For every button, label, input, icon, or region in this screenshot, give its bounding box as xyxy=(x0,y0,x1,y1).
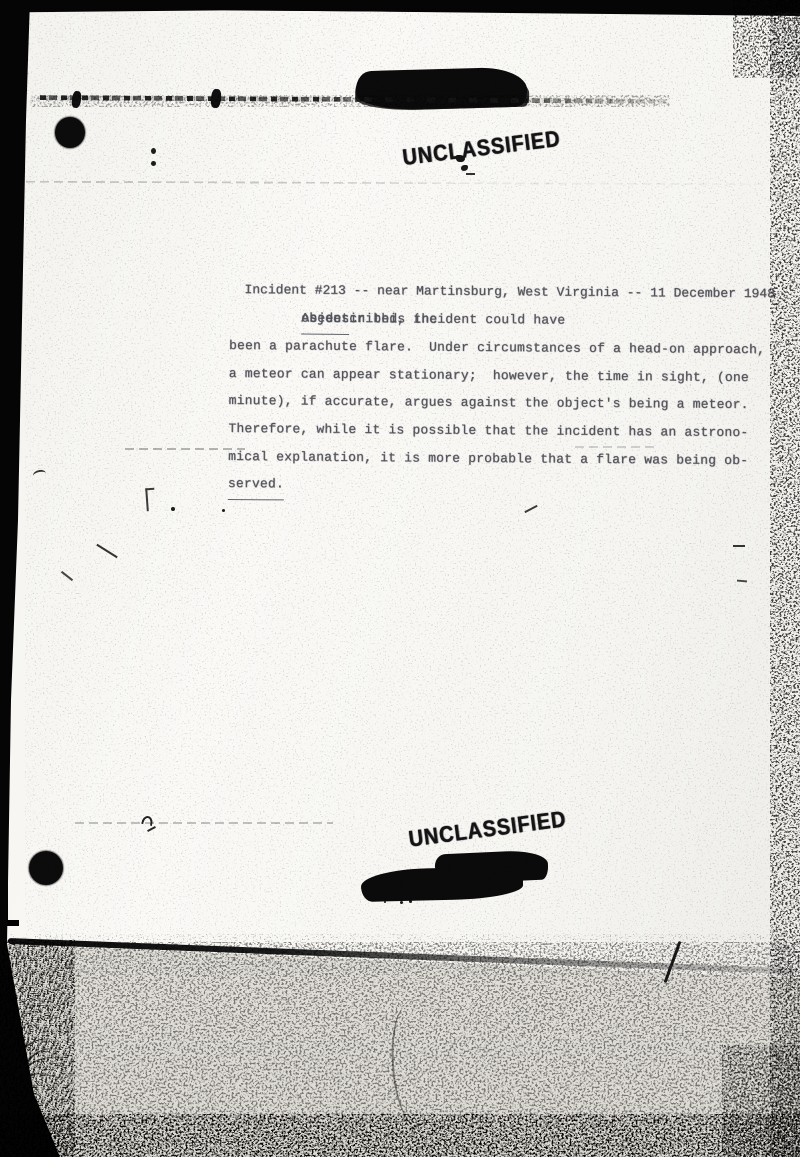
hole-punch-mark-top xyxy=(55,117,85,148)
incident-heading: Incident #213 -- near Martinsburg, West … xyxy=(229,276,775,308)
stray-ink-dot xyxy=(151,161,156,166)
faint-dash-line xyxy=(125,448,245,450)
body-line-4: minute), if accurate, argues against the… xyxy=(228,387,748,419)
faint-dash-line xyxy=(75,822,333,824)
stray-ink-dot xyxy=(151,148,156,154)
typewritten-text-block: Incident #213 -- near Martinsburg, West … xyxy=(228,221,790,502)
body-line-3: a meteor can appear stationary; however,… xyxy=(229,360,749,392)
underlined-word-served: served. xyxy=(228,470,284,500)
stray-ink-dot xyxy=(171,507,175,511)
redaction-mark-top xyxy=(355,67,527,111)
faint-residue-dot xyxy=(400,901,403,904)
stray-bracket-mark xyxy=(145,488,156,512)
stray-ink-dash xyxy=(466,173,475,175)
stray-dash-mark xyxy=(733,545,745,547)
scanned-document: UNCLASSIFIED UNCLASSIFIED Incident #213 … xyxy=(0,0,800,1157)
body-line-6: mical explanation, it is more probable t… xyxy=(228,443,748,475)
hole-punch-mark-bottom xyxy=(29,851,63,885)
body-line-5: Therefore, while it is possible that the… xyxy=(228,415,748,447)
faint-dash-line xyxy=(575,446,655,448)
stray-ink-dot xyxy=(222,509,225,512)
stray-ink-blot xyxy=(456,155,465,162)
body-line-2: been a parachute flare. Under circumstan… xyxy=(229,332,765,364)
scan-edge-top xyxy=(0,0,800,13)
